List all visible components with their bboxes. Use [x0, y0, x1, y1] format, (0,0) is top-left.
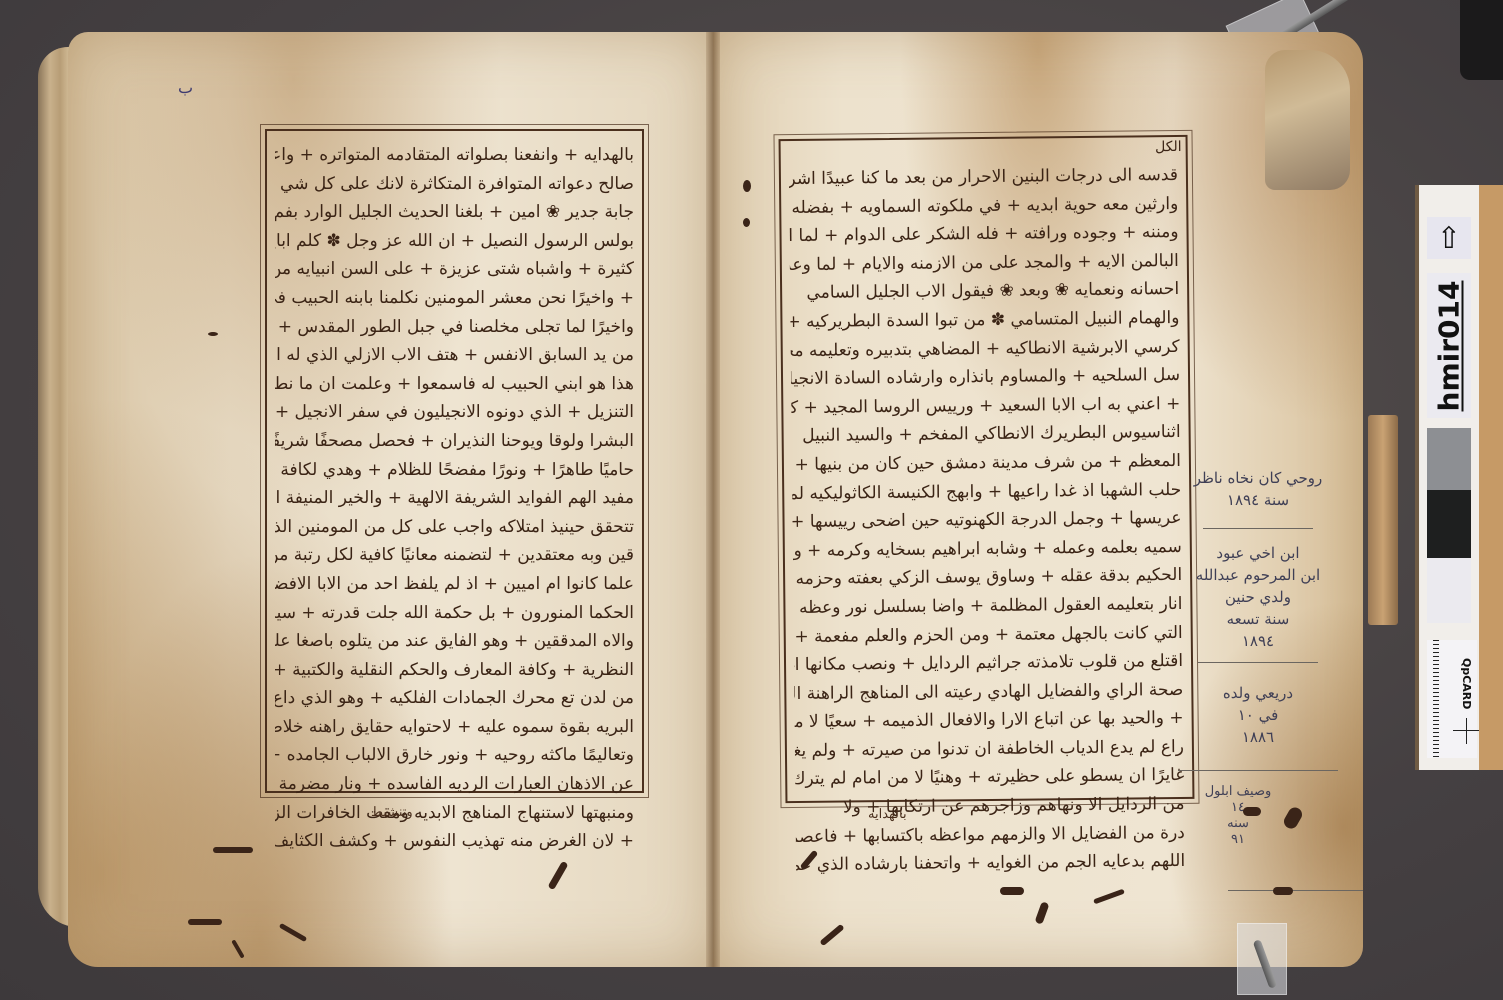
torn-page-corner: [1265, 50, 1350, 190]
text-line: سل السلحيه + والمساوم بانذاره وارشاده ال…: [791, 361, 1180, 394]
text-line: من لدن تع محرك الجمادات الفلكيه + وهو ال…: [275, 684, 634, 713]
card-label: hmir014: [1433, 280, 1466, 411]
text-line: عريسها + وجمل الدرجة الكهنوتيه حين اضحى …: [792, 504, 1181, 537]
marginal-note-2: ابن اخي عبود ابن المرحوم عبدالله ولدي حن…: [1188, 542, 1328, 652]
text-line: حاميًا طاهرًا + ونورًا مفضحًا للظلام + و…: [275, 456, 634, 485]
text-line: + والحيد بها عن اتباع الارا والافعال الذ…: [794, 704, 1183, 737]
manuscript-book: ب بالهدايه + وانفعنا بصلواته المتقادمه ا…: [38, 32, 1378, 982]
crosshair-icon: [1466, 718, 1467, 744]
wooden-strip: [1368, 415, 1398, 625]
text-line: كرسي الابرشية الانطاكيه + المضاهي بتدبير…: [791, 333, 1180, 366]
text-line: اللهم بدعايه الجم من الغوايه + واتحفنا ب…: [796, 847, 1185, 880]
pencil-divider: [1178, 770, 1338, 771]
qpcard-calibration-target: ⇧ hmir014 QpCARD: [1415, 185, 1479, 770]
text-line: صحة الراي والفضايل الهادي رعيته الى المن…: [794, 676, 1183, 709]
scale-ruler: QpCARD: [1427, 640, 1477, 758]
right-text-block: الكل قدسه الى درجات البنين الاحرار من بع…: [779, 135, 1195, 803]
left-text-block: بالهدايه + وانفعنا بصلواته المتقادمه الم…: [265, 129, 644, 793]
text-line: + اعني به اب الابا السعيد + ورييس الروسا…: [791, 390, 1180, 423]
text-line: + لان الغرض منه تهذيب النفوس + وكشف الكث…: [275, 827, 634, 856]
worm-hole: [743, 180, 751, 192]
text-line: عن الاذهان العبارات الرديه الفاسده + ونا…: [275, 770, 634, 799]
marginal-note-3: دريعي ولده في ١٠ ١٨٨٦: [1188, 682, 1328, 748]
text-line: راع لم يدع الدياب الخاطفة ان تدنوا من صي…: [795, 733, 1184, 766]
text-line: مفيد الهم الفوايد الشريفة الالهية + والخ…: [275, 484, 634, 513]
right-header-word: الكل: [1155, 139, 1182, 155]
white-patch: [1427, 558, 1471, 623]
text-line: هذا هو ابني الحبيب له فاسمعوا + وعلمت ان…: [275, 370, 634, 399]
text-line: قدسه الى درجات البنين الاحرار من بعد ما …: [789, 161, 1178, 194]
text-line: تتحقق حينيذ امتلاكه واجب على كل من الموم…: [275, 513, 634, 542]
card-label-box: hmir014: [1427, 273, 1471, 418]
left-catchword: وتنشيط: [371, 805, 413, 820]
up-arrow-icon: ⇧: [1427, 217, 1471, 259]
text-line: بالهدايه + وانفعنا بصلواته المتقادمه الم…: [275, 141, 634, 170]
text-line: البريه بقوة سموه عليه + لاحتوايه حقايق ر…: [275, 713, 634, 742]
marginal-note-4: وصيف ابلول ١٤ سنه ٩١: [1178, 784, 1298, 848]
text-line: علما كانوا ام اميين + اذ لم يلفظ احد من …: [275, 570, 634, 599]
text-line: اقتلع من قلوب تلامذته جراثيم الردايل + و…: [794, 647, 1183, 680]
card-brand: QpCARD: [1460, 658, 1473, 709]
text-line: البشرا ولوقا ويوحنا النذيران + فحصل مصحف…: [275, 427, 634, 456]
text-line: ومننه + وجوده ورافته + فله الشكر على الد…: [789, 218, 1178, 251]
text-line: جابة جدير ❀ امين + بلغنا الحديث الجليل ا…: [275, 198, 634, 227]
book-gutter: [706, 32, 720, 967]
text-line: صالح دعواته المتوافرة المتكاثرة لانك على…: [275, 170, 634, 199]
text-line: اثناسيوس البطريرك الانطاكي المفخم + والس…: [792, 418, 1181, 451]
pencil-divider: [1228, 890, 1363, 891]
text-line: الحكما المنورون + بل حكمة الله جلت قدرته…: [275, 599, 634, 628]
worm-hole: [188, 919, 222, 925]
text-line: النظرية + وكافة المعارف والحكم النقلية و…: [275, 656, 634, 685]
text-line: وارثين معه حوية ابديه + في ملكوته السماو…: [789, 190, 1178, 223]
text-line: من الردايل الا ونهاهم وزاجرهم عن ارتكابه…: [795, 790, 1184, 823]
text-line: + واخيرًا نحن معشر المومنين نكلمنا بابنه…: [275, 284, 634, 313]
text-line: احسانه ونعمايه ❀ وبعد ❀ فيقول الاب الجلي…: [790, 275, 1179, 308]
marginal-note-1: روحي كان نخاه ناظر سنة ١٨٩٤: [1188, 467, 1328, 511]
worm-hole: [208, 332, 218, 336]
pencil-divider: [1203, 528, 1313, 529]
text-line: ومنبهتها لاستنهاج المناهج الابديه ومقت ا…: [275, 799, 634, 828]
text-line: كثيرة + واشباه شتى عزيزة + على السن انبي…: [275, 255, 634, 284]
text-line: حلب الشهبا اذ غدا راعيها + وابهج الكنيسة…: [792, 475, 1181, 508]
corner-mark: ب: [178, 78, 193, 97]
left-text-lines: بالهدايه + وانفعنا بصلواته المتقادمه الم…: [275, 141, 634, 781]
text-line: من يد السابق الانفس + هتف الاب الازلي ال…: [275, 341, 634, 370]
worm-hole: [213, 847, 253, 853]
right-catchword: بالهدايه: [868, 807, 907, 822]
black-weight-object: [1460, 0, 1503, 80]
worm-hole: [1000, 887, 1024, 895]
text-line: البالمن الايه + والمجد على من الازمنه وا…: [790, 247, 1179, 280]
text-line: قين وبه معتقدين + لتضمنه معانيًا كافية ل…: [275, 541, 634, 570]
text-line: والهمام النبيل المتسامي ✽ من تبوا السدة …: [790, 304, 1179, 337]
worm-hole: [743, 218, 750, 227]
text-line: انار بتعليمه العقول المظلمة + واضا بسلسل…: [793, 590, 1182, 623]
text-line: سميه بعلمه وعمله + وشابه ابراهيم بسخايه …: [793, 533, 1182, 566]
text-line: وتعاليمًا ماكثه روحيه + ونور خارق الالبا…: [275, 741, 634, 770]
right-text-lines: قدسه الى درجات البنين الاحرار من بعد ما …: [789, 161, 1185, 791]
text-line: بولس الرسول النصيل + ان الله عز وجل ✽ كل…: [275, 227, 634, 256]
worm-hole: [1243, 807, 1261, 816]
black-patch: [1427, 490, 1471, 558]
text-line: والاه المدققين + وهو الفايق عند من يتلوه…: [275, 627, 634, 656]
text-line: درة من الفضايل الا والزمهم مواعظه باكتسا…: [796, 819, 1185, 852]
pencil-divider: [1198, 662, 1318, 663]
text-line: التنزيل + الذي دونوه الانجيليون في سفر ا…: [275, 398, 634, 427]
worm-hole: [1273, 887, 1293, 895]
gray-patch: [1427, 428, 1471, 490]
text-line: غايرًا ان يسطو على حظيرته + وهنيًا لا من…: [795, 761, 1184, 794]
text-line: التي كانت بالجهل معتمة + ومن الحزم والعل…: [794, 618, 1183, 651]
text-line: الحكيم بدقة عقله + وساوق يوسف الزكي بعفت…: [793, 561, 1182, 594]
text-line: المعظم + من شرف مدينة دمشق حين كان من بن…: [792, 447, 1181, 480]
text-line: واخيرًا لما تجلى مخلصنا في جبل الطور الم…: [275, 313, 634, 342]
